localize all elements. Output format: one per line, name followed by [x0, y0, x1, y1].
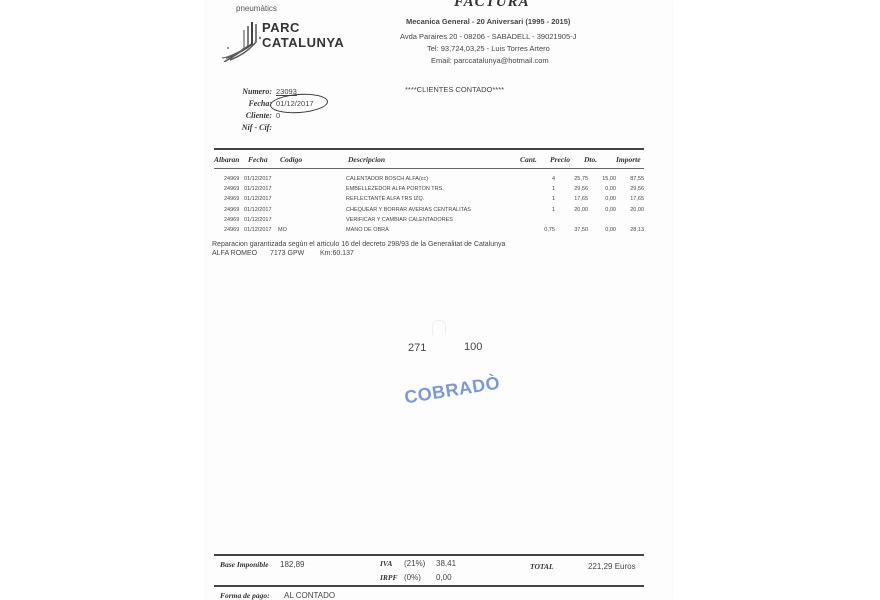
cell-albaran: 24969 [224, 176, 239, 182]
cell-importe: 17,65 [630, 196, 644, 202]
client-type: ****CLIENTES CONTADO**** [405, 85, 504, 94]
table-top-rule [214, 148, 644, 150]
cell-importe: 20,00 [630, 207, 644, 213]
cell-descripcion: VERIFICAR Y CAMBIAR CALENTADORES [346, 217, 453, 223]
cell-albaran: 24969 [224, 196, 239, 202]
cell-codigo: MO [278, 227, 287, 233]
cell-dto: 0,00 [605, 227, 616, 233]
cell-descripcion: CALENTADOR BOSCH ALFA(cc) [346, 176, 428, 182]
header-codigo: Codigo [280, 155, 302, 164]
header-descripcion: Descripcion [348, 155, 385, 164]
logo-text-line2: CATALUNYA [262, 35, 344, 50]
cell-importe: 28,13 [630, 227, 644, 233]
cell-dto: 15,00 [602, 176, 616, 182]
cell-importe: 29,56 [630, 186, 644, 192]
guarantee-note: Reparacion garantizada según el articulo… [212, 241, 505, 248]
header-importe: Importe [616, 155, 641, 164]
base-label: Base Imponible [220, 560, 269, 569]
cell-descripcion: CHEQUEAR Y BORRAR AVERIAS CENTRALITAS [346, 207, 471, 213]
company-address: Avda Paraires 20 - 08206 - SABADELL - 39… [400, 32, 576, 41]
table-header-rule [214, 168, 644, 169]
company-subtitle: Mecanica General - 20 Aniversari (1995 -… [406, 17, 570, 26]
cliente-value: 0 [276, 111, 280, 120]
cell-albaran: 24969 [224, 227, 239, 233]
page-total[interactable]: 100 [464, 341, 482, 353]
cell-precio: 17,65 [574, 196, 588, 202]
header-cant: Cant. [520, 155, 537, 164]
cell-descripcion: REFLECTANTE ALFA TRS IZQ. [346, 196, 424, 202]
payment-value: AL CONTADO [284, 591, 335, 600]
vehicle-km: Km:60.137 [320, 250, 354, 257]
header-albaran: Albaran [214, 155, 239, 164]
irpf-value: 0,00 [436, 573, 452, 582]
cell-descripcion: MANO DE OBRA [346, 227, 389, 233]
cell-precio: 37,50 [574, 227, 588, 233]
fecha-value: 01/12/2017 [276, 99, 314, 108]
cell-fecha: 01/12/2017 [244, 186, 272, 192]
cell-cant: 0,75 [544, 227, 555, 233]
cell-dto: 0,00 [605, 196, 616, 202]
base-value: 182,89 [280, 560, 304, 569]
cell-precio: 25,75 [574, 176, 588, 182]
logo-tagline: pneumàtics [236, 4, 277, 13]
irpf-label: IRPF [380, 573, 398, 582]
vehicle-plate: 7173 GPW [270, 250, 304, 257]
nif-label: Nif - Cif: [206, 123, 272, 132]
fecha-label: Fecha: [206, 99, 272, 108]
totals-top-rule [214, 554, 644, 556]
total-label: TOTAL [530, 562, 554, 571]
logo-text-line1: PARC [262, 20, 300, 35]
cell-cant: 1 [552, 186, 555, 192]
numero-label: Numero: [206, 87, 272, 96]
cell-cant: 1 [552, 196, 555, 202]
cell-fecha: 01/12/2017 [244, 227, 272, 233]
cell-albaran: 24969 [224, 207, 239, 213]
cell-dto: 0,00 [605, 186, 616, 192]
cell-albaran: 24969 [224, 217, 239, 223]
cell-fecha: 01/12/2017 [244, 217, 272, 223]
faint-icon [432, 320, 446, 335]
header-precio: Precio [550, 155, 570, 164]
cell-importe: 87,55 [630, 176, 644, 182]
cell-albaran: 24969 [224, 186, 239, 192]
totals-bottom-rule [214, 585, 644, 587]
invoice-page: pneumàtics PARC CATALUNYA FACTURA Mecani… [206, 0, 672, 600]
tire-logo-icon [222, 18, 264, 62]
company-phone: Tel: 93,724,03,25 - Luis Torres Artero [427, 44, 550, 53]
cell-cant: 1 [552, 207, 555, 213]
cell-precio: 29,56 [574, 186, 588, 192]
irpf-rate: (0%) [404, 573, 421, 582]
cell-fecha: 01/12/2017 [244, 176, 272, 182]
company-email: Email: parccatalunya@hotmail.com [431, 56, 549, 65]
cell-dto: 0,00 [605, 207, 616, 213]
cliente-label: Cliente: [206, 111, 272, 120]
iva-label: IVA [380, 559, 392, 568]
iva-rate: (21%) [404, 559, 425, 568]
paid-stamp: COBRADÒ [403, 373, 502, 409]
cell-cant: 4 [552, 176, 555, 182]
vehicle-model: ALFA ROMEO [212, 250, 257, 257]
cell-fecha: 01/12/2017 [244, 207, 272, 213]
header-fecha: Fecha [248, 155, 268, 164]
payment-label: Forma de pago: [220, 591, 270, 600]
cell-descripcion: EMBELLEZEDOR ALFA PORTON TRS. [346, 186, 444, 192]
page-current[interactable]: 271 [408, 342, 426, 354]
cell-fecha: 01/12/2017 [244, 196, 272, 202]
document-title: FACTURA [454, 0, 530, 11]
total-value: 221,29 Euros [588, 562, 636, 571]
iva-value: 38,41 [436, 559, 456, 568]
cell-precio: 20,00 [574, 207, 588, 213]
header-dto: Dto. [584, 155, 597, 164]
